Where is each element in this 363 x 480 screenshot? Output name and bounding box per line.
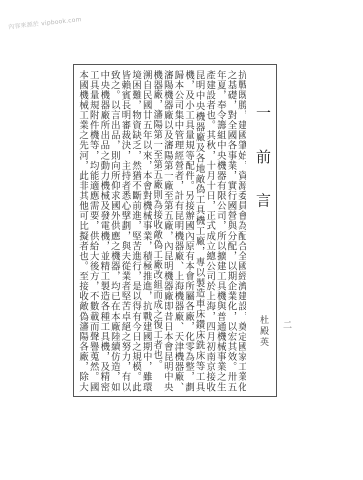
section-title: 一 前 言	[255, 105, 270, 220]
author-name: 杜殿英	[258, 315, 268, 348]
body-text: 抗戰既勝，建國肇始，資源委員會為配合全國經濟建設，奠定國家工業化之基礎，對全國各…	[78, 70, 246, 392]
watermark-text: 內容來源於 vipbook.com	[8, 14, 82, 31]
paragraph-1: 抗戰既勝，建國肇始，資源委員會為配合全國經濟建設，奠定國家工業化之基礎，對全國各…	[151, 70, 246, 392]
page-number: 二	[283, 318, 292, 331]
paragraph-2: 溯自民國廿五年以來，本會對機械事業，積極推進，抗戰建國期中，雖環境困難，物資缺乏…	[78, 70, 151, 392]
